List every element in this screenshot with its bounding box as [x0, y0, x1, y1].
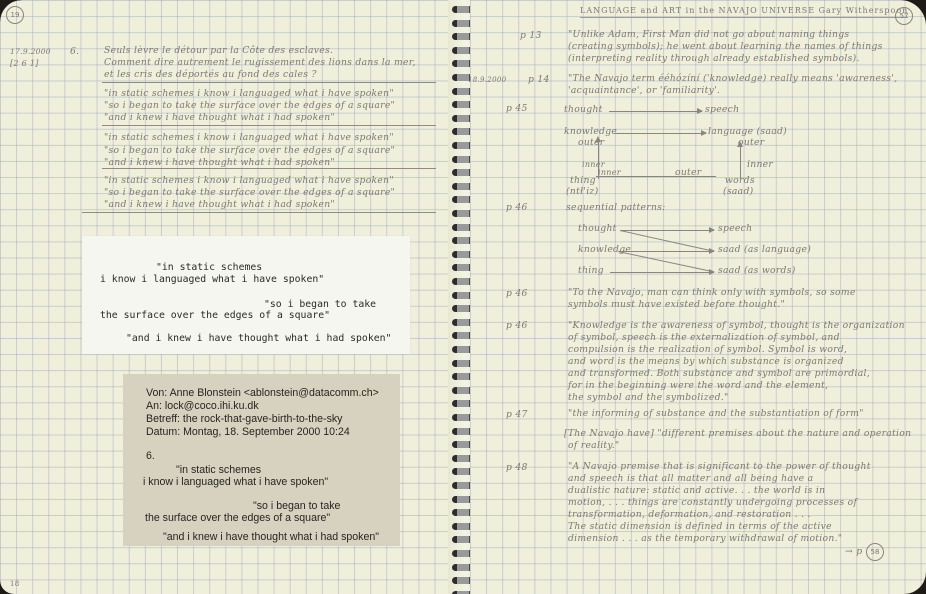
email-line-1: "in static schemes: [176, 464, 261, 477]
pattern-right: saad (as words): [718, 265, 796, 277]
version3-line2: "so i began to take the surface over the…: [104, 187, 395, 199]
email-subject: Betreff: the rock-that-gave-birth-to-the…: [146, 413, 342, 426]
bracket-note: [2 6 1]: [10, 58, 39, 70]
pattern-left: thought: [578, 223, 617, 235]
quote-line: "Unlike Adam, First Man did not go about…: [568, 29, 849, 41]
book-title-header: LANGUAGE and ART in the NAVAJO UNIVERSE …: [580, 5, 908, 18]
typed-line-2: i know i languaged what i have spoken": [100, 274, 324, 285]
quote-line: "Knowledge is the awareness of symbol, t…: [568, 320, 905, 332]
email-to: An: lock@coco.ihi.ku.dk: [146, 400, 259, 413]
typed-line-4: the surface over the edges of a square": [100, 310, 330, 321]
quote-line: "the informing of substance and the subs…: [568, 408, 864, 420]
divider: [102, 125, 436, 126]
email-line-3: "so i began to take: [253, 500, 340, 513]
french-line-3: et les cris des déportés au fond des cal…: [104, 69, 317, 81]
quote-line: "To the Navajo, man can think only with …: [568, 287, 856, 299]
version1-line2: "so i began to take the surface over the…: [104, 100, 395, 112]
typed-line-5: "and i knew i have thought what i had sp…: [126, 333, 391, 344]
pattern-left: thing: [578, 265, 604, 277]
quote-line: The static dimension is defined in terms…: [568, 521, 832, 533]
quote-line: and speech is that all matter and all be…: [568, 473, 813, 485]
email-date: Datum: Montag, 18. September 2000 10:24: [146, 426, 350, 439]
left-notebook-page: 19 17.9.2000 [2 6 1] 6. Seuls lèvre le d…: [0, 0, 452, 594]
page-ref: p 14: [528, 74, 550, 86]
french-line-1: Seuls lèvre le détour par la Côte des es…: [104, 45, 333, 57]
typed-poem-slip: "in static schemes i know i languaged wh…: [82, 236, 410, 354]
version3-line3: "and i knew i have thought what i had sp…: [104, 199, 335, 211]
quote-line: "The Navajo term ééhózíní ('knowledge) r…: [568, 73, 897, 85]
typed-line-3: "so i began to take: [264, 299, 376, 310]
quote-line: "A Navajo premise that is significant to…: [568, 461, 871, 473]
divider: [102, 82, 436, 83]
email-line-2: i know i languaged what i have spoken": [143, 476, 328, 489]
divider: [102, 168, 436, 169]
quote-line: dualistic nature: static and active. . .…: [568, 485, 825, 497]
arrow: [609, 111, 702, 112]
page-ref: p 46: [506, 202, 528, 214]
diagram-thought: thought: [564, 104, 603, 116]
page-ref: p 47: [506, 409, 528, 421]
page-ref: p 13: [520, 30, 542, 42]
version1-line3: "and i knew i have thought what i had sp…: [104, 112, 335, 124]
quote-line: (interpreting reality through already es…: [568, 53, 860, 65]
quote-line: dimension . . . as the temporary withdra…: [568, 533, 842, 545]
quote-line: 'acquaintance', or 'familiarity'.: [568, 85, 720, 97]
arrow: [618, 251, 714, 252]
right-notebook-page: LANGUAGE and ART in the NAVAJO UNIVERSE …: [470, 0, 926, 594]
entry-date: 17.9.2000: [10, 46, 51, 58]
quote-line: and transformed. Both substance and symb…: [568, 368, 870, 380]
continue-page-badge: 58: [866, 543, 884, 561]
diagram-outer: outer: [675, 167, 701, 179]
page-ref: p 46: [506, 288, 528, 300]
typed-line-1: "in static schemes: [156, 262, 262, 273]
arrow-diagonal: [620, 230, 714, 252]
diagram-thing-navajo: (ntł'iz): [566, 186, 598, 198]
diagram-inner: inner: [598, 167, 621, 179]
version3-line1: "in static schemes i know i languaged wh…: [104, 175, 394, 187]
pattern-right: saad (as language): [718, 244, 811, 256]
page-number-badge: 19: [6, 6, 24, 24]
email-line-4: the surface over the edges of a square": [145, 512, 330, 525]
email-printout-slip: Von: Anne Blonstein <ablonstein@datacomm…: [123, 374, 400, 546]
quote-line: motion, . . . things are constantly unde…: [568, 497, 857, 509]
diagram-inner: inner: [747, 159, 773, 171]
bottom-page-number: 18: [10, 578, 20, 590]
quote-line: and word is the means by which substance…: [568, 356, 844, 368]
page-number-badge: 57: [895, 7, 913, 25]
diagram-words-navajo: (saad): [723, 186, 754, 198]
arrow-diagonal: [618, 251, 714, 272]
french-line-2: Comment dire autrement le rugissement de…: [104, 57, 416, 69]
quote-line: of reality.": [568, 440, 619, 452]
diagram-speech: speech: [705, 104, 739, 116]
pattern-right: speech: [718, 223, 752, 235]
entry-date: 18.9.2000: [468, 74, 506, 86]
quote-line: symbols must have existed before thought…: [568, 299, 785, 311]
arrow: [614, 133, 706, 134]
version1-line1: "in static schemes i know i languaged wh…: [104, 88, 394, 100]
quote-line: the symbol and the symbolized.": [568, 392, 729, 404]
quote-line: for in the beginning were the word and t…: [568, 380, 828, 392]
quote-line: transformation, deformation, and restora…: [568, 509, 811, 521]
page-ref: p 46: [506, 320, 528, 332]
page-ref: p 48: [506, 462, 528, 474]
section-title: sequential patterns:: [566, 202, 666, 214]
quote-line: [The Navajo have] "different premises ab…: [564, 428, 911, 440]
version2-line1: "in static schemes i know i languaged wh…: [104, 132, 394, 144]
arrow: [620, 230, 714, 231]
arrow: [610, 272, 714, 273]
email-number: 6.: [146, 450, 155, 463]
quote-line: (creating symbols); he went about learni…: [568, 41, 883, 53]
email-from: Von: Anne Blonstein <ablonstein@datacomm…: [146, 387, 379, 400]
page-ref: p 45: [506, 103, 528, 115]
email-line-5: "and i knew i have thought what i had sp…: [163, 531, 379, 544]
version2-line2: "so i began to take the surface over the…: [104, 145, 395, 157]
quote-line: of symbol, speech is the externalization…: [568, 332, 840, 344]
divider: [82, 212, 436, 213]
entry-number: 6.: [70, 46, 79, 58]
quote-line: compulsion is the realization of symbol.…: [568, 344, 847, 356]
continue-note: → p: [845, 546, 862, 558]
